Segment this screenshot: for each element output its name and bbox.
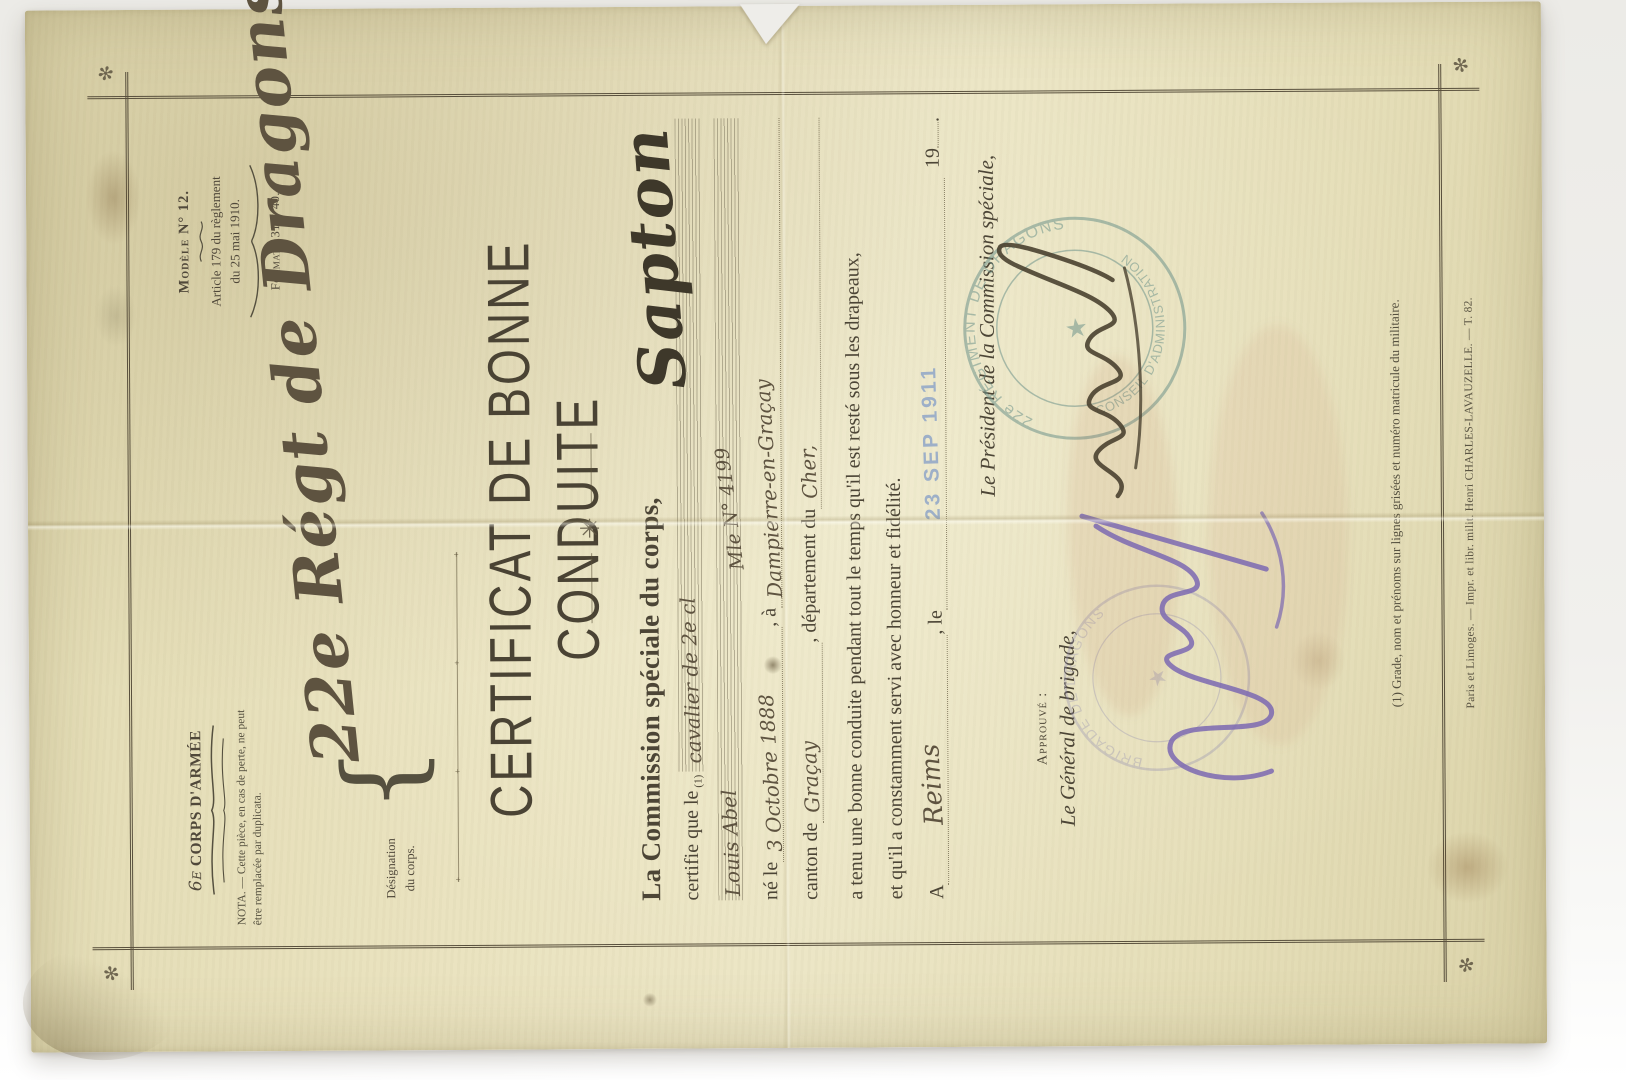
modele-number: Modèle N° 12. (174, 122, 196, 362)
conduct-line-2: et qu'il a constamment servi avec honneu… (873, 117, 916, 899)
tick-mark: + (452, 769, 462, 774)
modele-article-line1: Article 179 du règlement (207, 121, 227, 361)
conduct-line-1: a tenu une bonne conduite pendant tout l… (833, 117, 876, 899)
year-prefix: 19 (922, 148, 944, 168)
ink-blot (643, 993, 657, 1007)
departement-handwritten: Cher, (795, 444, 822, 499)
nota-text: NOTA. — Cette pièce, en cas de perte, ne… (233, 695, 267, 925)
designation-label-line2: du corps. (401, 814, 421, 922)
swell-rule-small (219, 735, 228, 885)
tick-mark: + (451, 552, 461, 557)
corner-ornament-icon: ✻ (1446, 52, 1473, 80)
corner-ornament-icon: ✻ (1451, 950, 1479, 977)
place-handwritten: Reims (915, 743, 950, 826)
date-stamp: 23 SEP 1911 (917, 365, 946, 521)
stain (1425, 830, 1510, 906)
flourish-bar (590, 433, 591, 503)
swell-rule (207, 723, 218, 898)
certify-line: certifie que le (1) cavalier de 2e cl Sa… (675, 119, 706, 901)
ink-blot (764, 656, 782, 674)
at-label: A (926, 885, 949, 900)
paper-tear (740, 4, 800, 44)
certificate-body: La Commission spéciale du corps, certifi… (632, 117, 919, 901)
designation-label: Désignation du corps. (382, 814, 421, 922)
canton-field: Graçay (796, 643, 824, 823)
squiggle-rule (197, 220, 205, 264)
stain (95, 285, 137, 347)
stain (1291, 631, 1346, 691)
corner-bend-shadow (23, 945, 184, 1061)
flourish-bar (591, 553, 592, 623)
certify-label: certifie que le (681, 791, 706, 901)
corps-armee-title: 6e CORPS D'ARMÉE (185, 696, 206, 926)
designation-label-line1: Désignation (382, 814, 402, 922)
footnote-reference: (1) (693, 775, 705, 788)
title-flourish: ✳ (573, 7, 609, 1049)
certificate-paper: ✻ ✻ ✻ ✻ Modèle N° 12. Article 179 du règ… (25, 1, 1547, 1052)
year-dots (938, 122, 939, 148)
born-label: né le (760, 862, 784, 900)
corps-armee-label: CORPS D'ARMÉE (187, 730, 205, 866)
departement-label: , département du (798, 509, 823, 643)
year-printed: 19. (921, 117, 944, 168)
tick-mark: + (453, 877, 463, 882)
corps-armee-block: 6e CORPS D'ARMÉE NOTA. — Cette pièce, en… (185, 695, 267, 925)
corner-ornament-icon: ✻ (93, 60, 121, 87)
le-label: , le (925, 610, 948, 635)
year-period: . (921, 117, 943, 122)
matricule-handwritten: Mle N° 4199 (711, 446, 749, 571)
tick-mark: + (452, 660, 462, 665)
names-field: Louis Abel Mle N° 4199 (714, 118, 745, 900)
rank-handwritten: cavalier de 2e cl (676, 597, 707, 764)
corps-number-handwritten: 6e (186, 871, 206, 892)
names-line: Louis Abel Mle N° 4199 (714, 118, 745, 900)
canton-label: canton de (800, 823, 824, 900)
departement-field: Cher, (793, 118, 822, 509)
date-line: A Reims , le 23 SEP 1911 19. (917, 117, 949, 899)
president-signature (984, 208, 1156, 509)
place-field: Reims (921, 635, 950, 885)
general-signature (1074, 487, 1296, 808)
canton-handwritten: Graçay (796, 740, 824, 813)
born-at-label: , à (758, 608, 782, 627)
canton-line: canton de Graçay , département du Cher, (793, 118, 825, 900)
stain (86, 150, 142, 245)
firstnames-handwritten: Louis Abel (717, 789, 745, 897)
photo-backdrop: ✻ ✻ ✻ ✻ Modèle N° 12. Article 179 du règ… (0, 0, 1626, 1080)
